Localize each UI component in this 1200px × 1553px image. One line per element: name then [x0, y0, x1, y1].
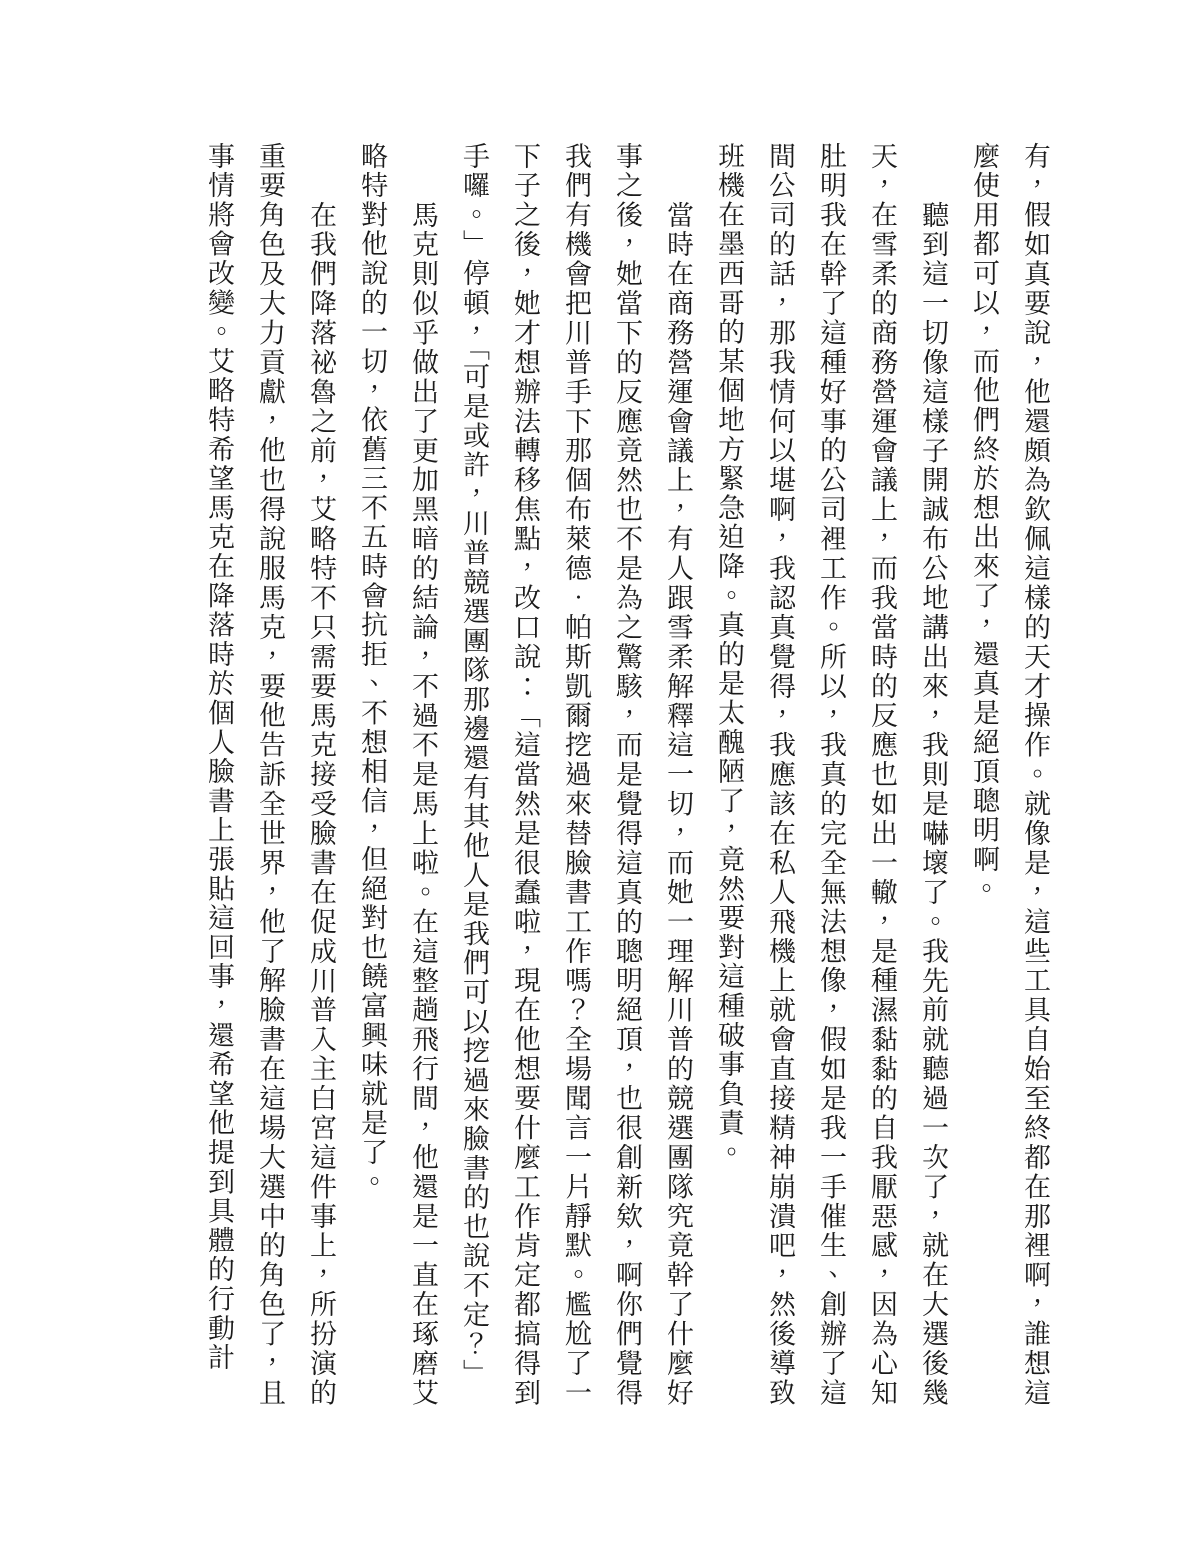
book-page: 有，假如真要說，他還頗為欽佩這樣的天才操作。就像是，這些工具自始至終都在那裡啊，… — [0, 0, 1200, 1553]
paragraph-2: 聽到這一切像這樣子開誠布公地講出來，我則是嚇壞了。我先前就聽過一次了，就在大選後… — [703, 142, 958, 1408]
paragraph-3: 當時在商務營運會議上，有人跟雪柔解釋這一切，而她一理解川普的競選團隊究竟幹了什麼… — [448, 142, 703, 1408]
paragraph-4: 馬克則似乎做出了更加黑暗的結論，不過不是馬上啦。在這整趟飛行間，他還是一直在琢磨… — [346, 142, 448, 1408]
vertical-text-block: 有，假如真要說，他還頗為欽佩這樣的天才操作。就像是，這些工具自始至終都在那裡啊，… — [193, 142, 1060, 1408]
paragraph-5: 在我們降落祕魯之前，艾略特不只需要馬克接受臉書在促成川普入主白宮這件事上，所扮演… — [193, 142, 346, 1408]
paragraph-1: 有，假如真要說，他還頗為欽佩這樣的天才操作。就像是，這些工具自始至終都在那裡啊，… — [958, 142, 1060, 1408]
